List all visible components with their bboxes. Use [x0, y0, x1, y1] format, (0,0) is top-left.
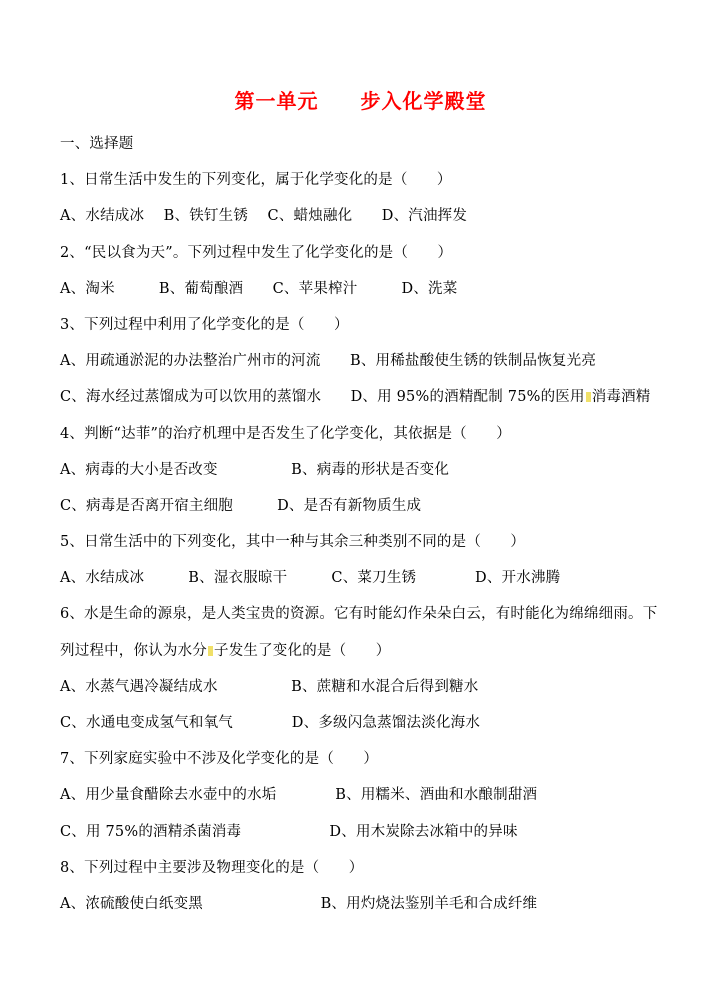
question-8-options-ab: A、浓硫酸使白纸变黑 B、用灼烧法鉴别羊毛和合成纤维	[60, 886, 661, 922]
question-5-options: A、水结成冰 B、湿衣服晾干 C、菜刀生锈 D、开水沸腾	[60, 560, 661, 596]
question-8-stem: 8、下列过程中主要涉及物理变化的是（ ）	[60, 850, 661, 886]
document-body: 第一单元 步入化学殿堂 一、选择题 1、日常生活中发生的下列变化，属于化学变化的…	[0, 0, 713, 922]
question-7-stem: 7、下列家庭实验中不涉及化学变化的是（ ）	[60, 741, 661, 777]
question-7-options-ab: A、用少量食醋除去水壶中的水垢 B、用糯米、酒曲和水酿制甜酒	[60, 777, 661, 813]
worksheet-page: { "document": { "title": "第一单元 步入化学殿堂", …	[0, 0, 713, 1008]
question-6-options-ab: A、水蒸气遇冷凝结成水 B、蔗糖和水混合后得到糖水	[60, 669, 661, 705]
question-4-options-cd: C、病毒是否离开宿主细胞 D、是否有新物质生成	[60, 488, 661, 524]
question-6-options-cd: C、水通电变成氢气和氧气 D、多级闪急蒸馏法淡化海水	[60, 705, 661, 741]
question-2-stem: 2、“民以食为天”。下列过程中发生了化学变化的是（ ）	[60, 235, 661, 271]
question-6-stem-line-2-text: 列过程中，你认为水分	[60, 643, 207, 659]
question-3-option-d-highlighted-text: 消毒酒精	[592, 389, 651, 405]
question-4-stem: 4、判断“达菲”的治疗机理中是否发生了化学变化，其依据是（ ）	[60, 416, 661, 452]
question-6-stem-line-2: 列过程中，你认为水分子发生了变化的是（ ）	[60, 633, 661, 669]
highlight-mark	[586, 392, 591, 402]
question-1-stem: 1、日常生活中发生的下列变化，属于化学变化的是（ ）	[60, 162, 661, 198]
question-3-stem: 3、下列过程中利用了化学变化的是（ ）	[60, 307, 661, 343]
question-4-options-ab: A、病毒的大小是否改变 B、病毒的形状是否变化	[60, 452, 661, 488]
question-6-stem-line-1: 6、水是生命的源泉，是人类宝贵的资源。它有时能幻作朵朵白云，有时能化为绵绵细雨。…	[60, 596, 661, 632]
question-7-options-cd: C、用 75%的酒精杀菌消毒 D、用木炭除去冰箱中的异味	[60, 814, 661, 850]
question-3-options-cd-text: C、海水经过蒸馏成为可以饮用的蒸馏水 D、用 95%的酒精配制 75%的医用	[60, 389, 585, 405]
highlight-mark	[208, 646, 213, 656]
question-3-options-cd: C、海水经过蒸馏成为可以饮用的蒸馏水 D、用 95%的酒精配制 75%的医用消毒…	[60, 379, 661, 415]
question-5-stem: 5、日常生活中的下列变化，其中一种与其余三种类别不同的是（ ）	[60, 524, 661, 560]
question-6-stem-line-2-continued: 子发生了变化的是（ ）	[214, 643, 390, 659]
section-heading: 一、选择题	[60, 126, 661, 162]
question-2-options: A、淘米 B、葡萄酿酒 C、苹果榨汁 D、洗菜	[60, 271, 661, 307]
question-1-options: A、水结成冰 B、铁钉生锈 C、蜡烛融化 D、汽油挥发	[60, 198, 661, 234]
question-3-options-ab: A、用疏通淤泥的办法整治广州市的河流 B、用稀盐酸使生锈的铁制品恢复光亮	[60, 343, 661, 379]
document-title: 第一单元 步入化学殿堂	[60, 84, 661, 118]
